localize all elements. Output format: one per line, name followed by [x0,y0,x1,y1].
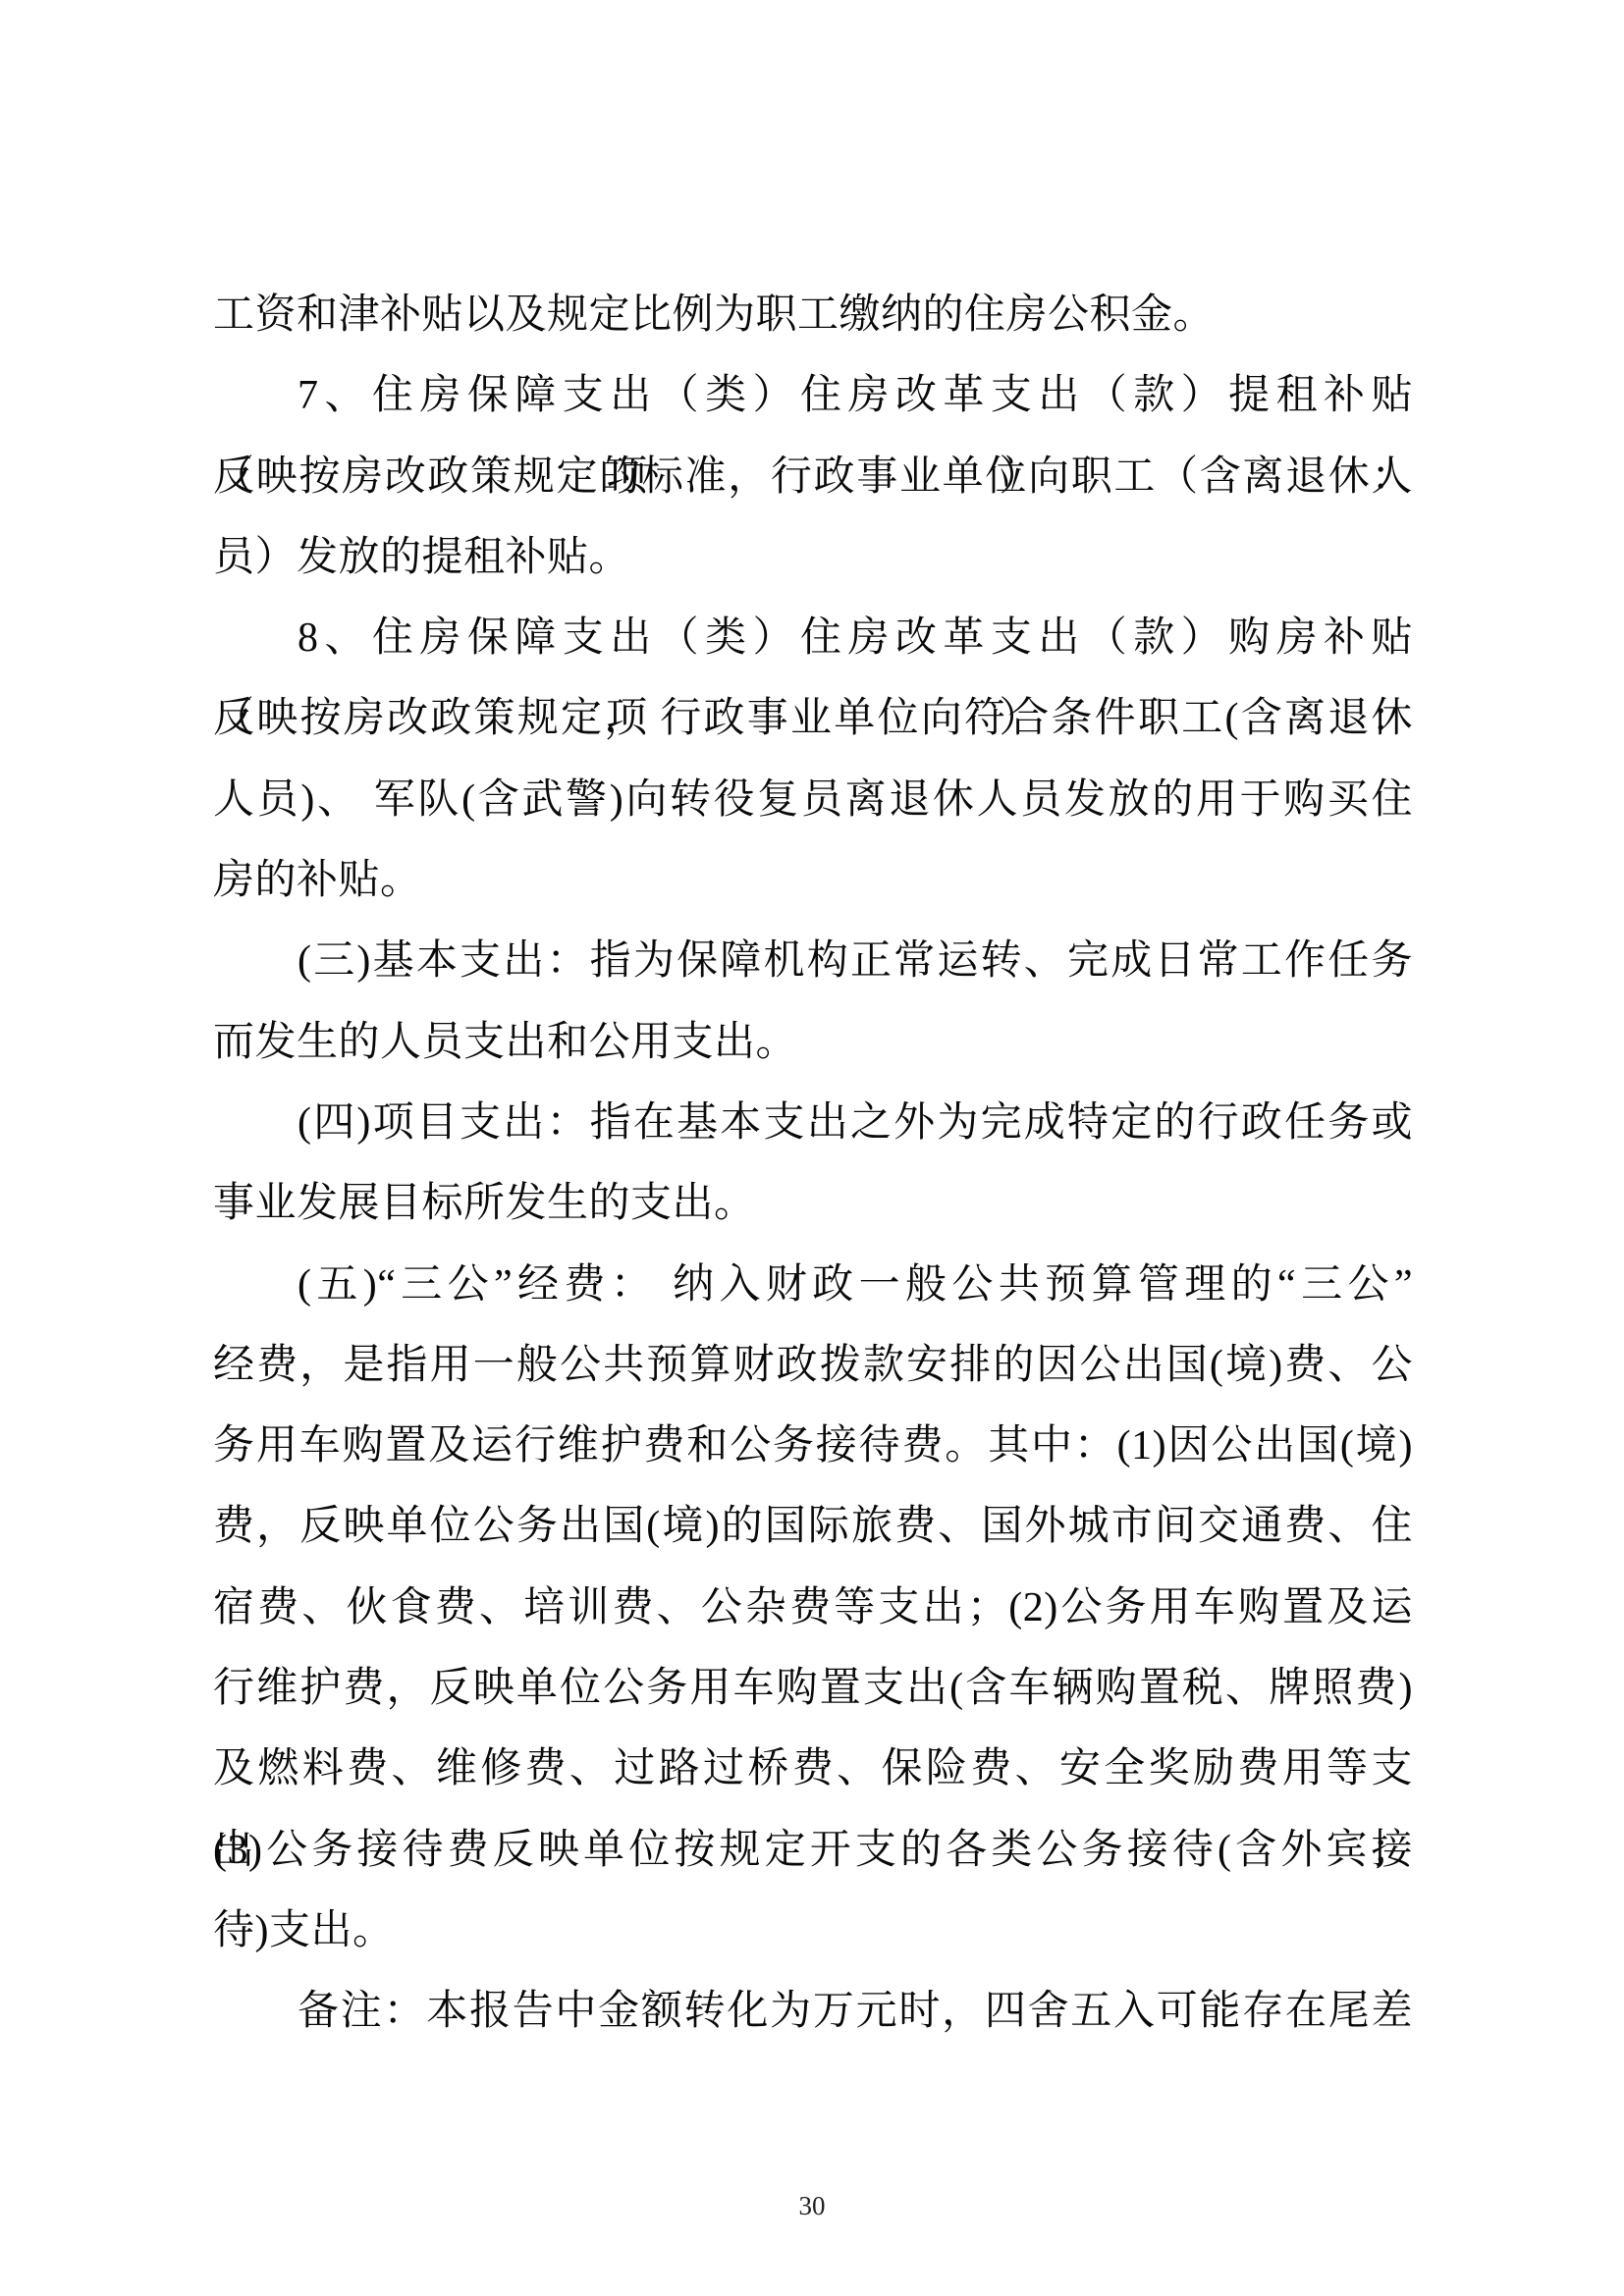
text-line: (三)基本支出：指为保障机构正常运转、完成日常工作任务 [213,921,1413,1001]
text-line: 宿费、伙食费、培训费、公杂费等支出；(2)公务用车购置及运 [213,1568,1413,1648]
text-line: 待)支出。 [213,1891,1413,1971]
document-page: 工资和津补贴以及规定比例为职工缴纳的住房公积金。7、住房保障支出（类）住房改革支… [0,0,1624,2296]
text-line: (五)“三公”经费： 纳入财政一般公共预算管理的“三公” [213,1245,1413,1325]
text-line: 备注：本报告中金额转化为万元时，四舍五入可能存在尾差 [213,1971,1413,2052]
text-line: 7、住房保障支出（类）住房改革支出（款）提租补贴（项）： [213,355,1413,436]
text-line: 行维护费，反映单位公务用车购置支出(含车辆购置税、牌照费) [213,1648,1413,1729]
text-line: 及燃料费、维修费、过路过桥费、保险费、安全奖励费用等支出； [213,1729,1413,1809]
page-number: 30 [0,2191,1624,2221]
text-line: 房的补贴。 [213,840,1413,921]
text-line: (四)项目支出：指在基本支出之外为完成特定的行政任务或 [213,1083,1413,1163]
body-text: 工资和津补贴以及规定比例为职工缴纳的住房公积金。7、住房保障支出（类）住房改革支… [213,275,1413,2053]
text-line: 反映按房改政策规定， 行政事业单位向符合条件职工(含离退休 [213,678,1413,759]
text-line: 工资和津补贴以及规定比例为职工缴纳的住房公积金。 [213,275,1413,355]
text-line: 务用车购置及运行维护费和公务接待费。其中：(1)因公出国(境) [213,1406,1413,1486]
text-line: 经费，是指用一般公共预算财政拨款安排的因公出国(境)费、公 [213,1325,1413,1406]
text-line: 而发生的人员支出和公用支出。 [213,1002,1413,1083]
text-line: 反映按房改政策规定的标准，行政事业单位向职工（含离退休人 [213,437,1413,517]
text-line: 事业发展目标所发生的支出。 [213,1163,1413,1244]
text-line: 人员)、 军队(含武警)向转役复员离退休人员发放的用于购买住 [213,760,1413,840]
text-line: (3)公务接待费反映单位按规定开支的各类公务接待(含外宾接 [213,1810,1413,1891]
text-line: 员）发放的提租补贴。 [213,517,1413,598]
text-line: 费，反映单位公务出国(境)的国际旅费、国外城市间交通费、住 [213,1486,1413,1567]
text-line: 8、住房保障支出（类）住房改革支出（款）购房补贴（项）： [213,598,1413,678]
